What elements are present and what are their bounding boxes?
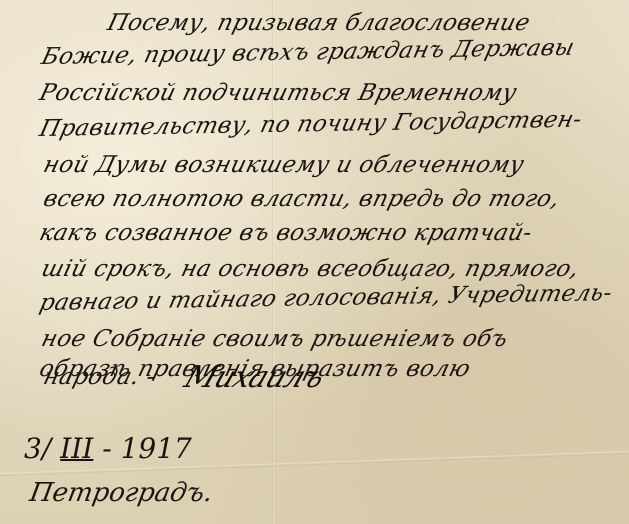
text-line-8: шій срокъ, на основѣ всеобщаго, прямого, [39,256,582,282]
date-line: 3/ III - 1917 [24,432,192,465]
text-line-4: Правительству, по почину Государствен- [37,107,584,142]
text-line-1: Посему, призывая благословение [105,10,533,36]
date-month: III [60,432,93,465]
text-line-5: ной Думы возникшему и облеченному [41,152,527,178]
signature: Михаилъ [180,360,329,395]
text-line-7: какъ созванное въ возможно кратчай- [37,220,535,246]
place-name: Петроградъ. [27,478,215,508]
text-line-6: всею полнотою власти, впредь до того, [41,186,563,212]
text-line-10: ное Собраніе своимъ рѣшеніемъ объ [39,326,511,352]
date-day: 3/ [24,432,51,465]
text-line-3: Россійской подчиниться Временному [37,80,520,106]
text-line-2: Божие, прошу всѣхъ гражданъ Державы [39,35,577,70]
manuscript-page: Посему, призывая благословение Божие, пр… [0,0,629,524]
text-line-12: народа. - [41,364,158,390]
text-line-9: равнаго и тайнаго голосованія, Учредител… [37,280,615,316]
date-year: - 1917 [102,432,192,465]
